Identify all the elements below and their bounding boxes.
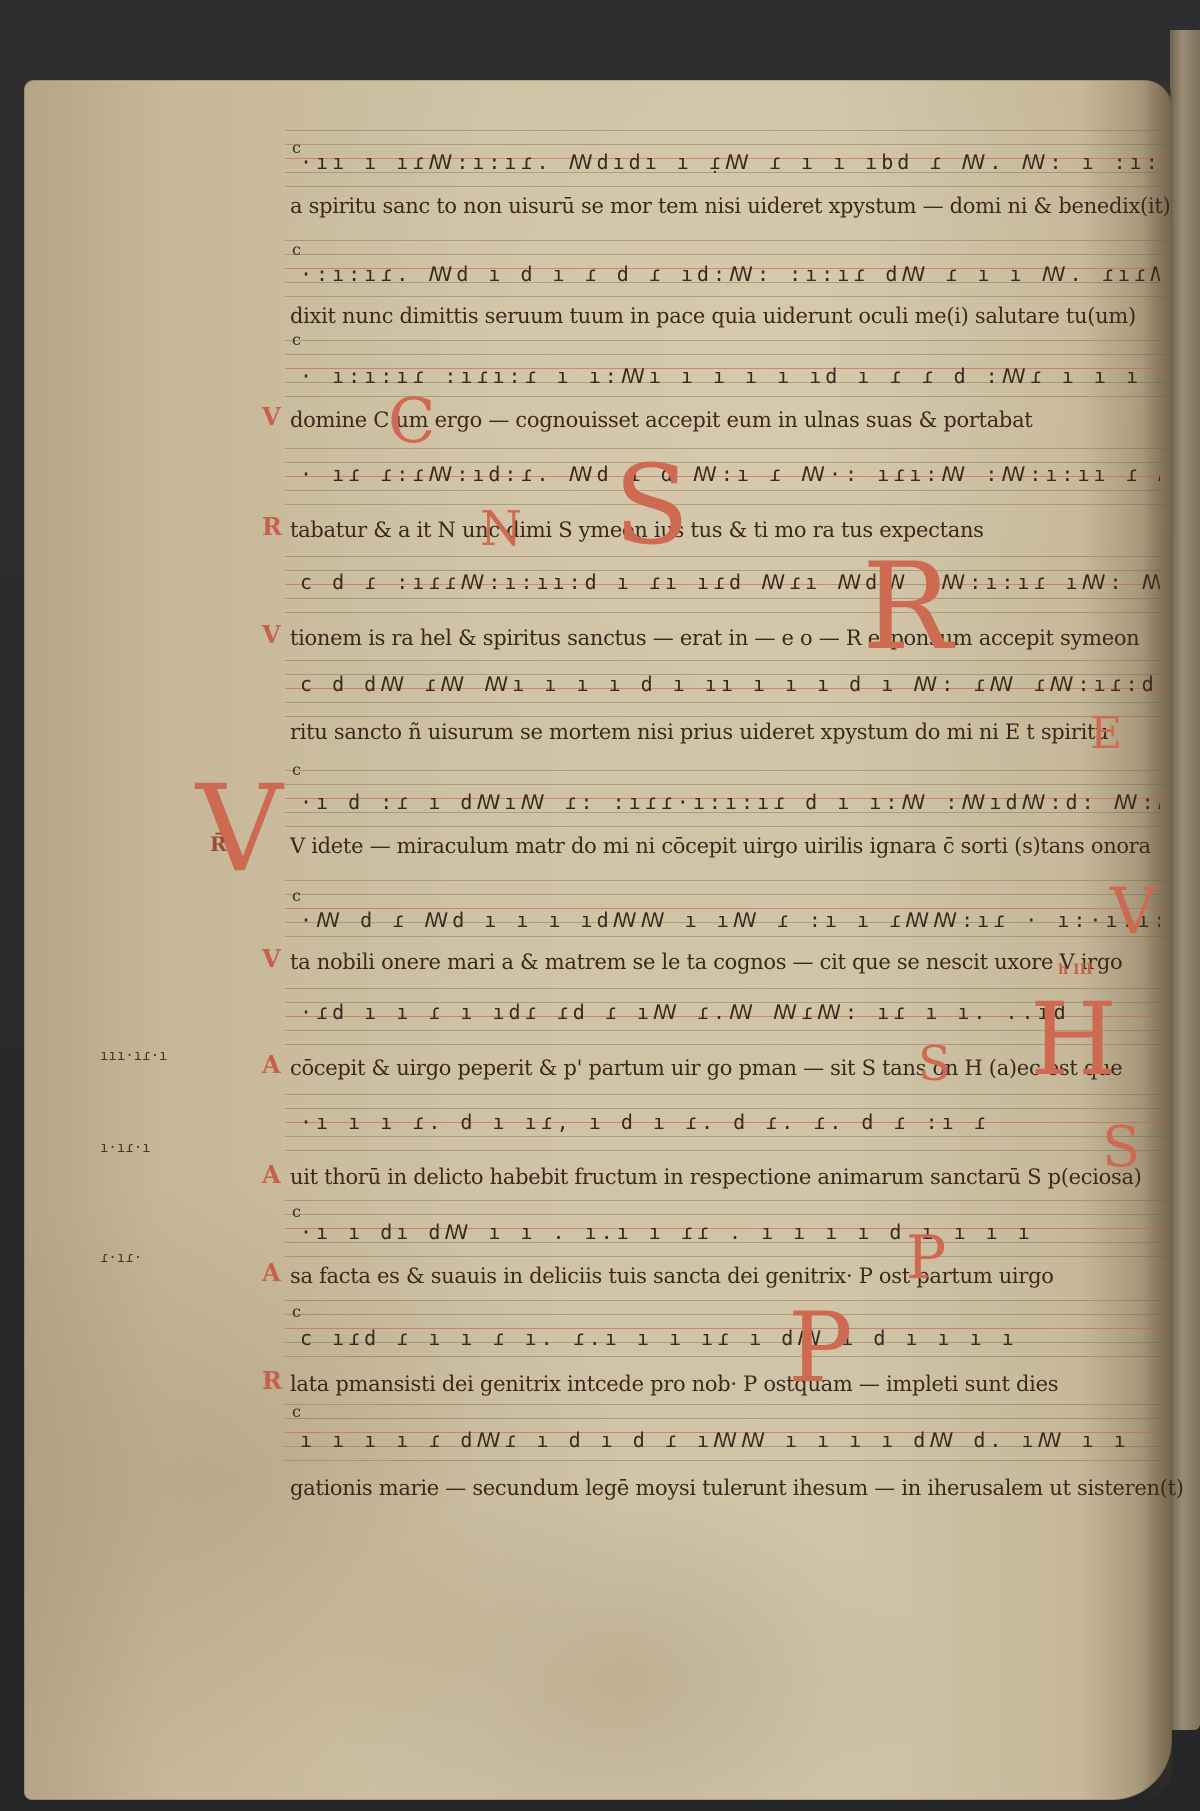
neume-line-2: ·:ı:ıɾ. ꟿd ı d ı ɾ d ɾ ıd:ꟿ: :ı:ıɾ dꟿ ɾ … (300, 262, 1160, 286)
initial-P-1: P (906, 1228, 946, 1288)
rubric-responsorium: R (262, 1366, 282, 1395)
initial-S: S (614, 450, 689, 560)
text-line-7: V idete — miraculum matr do mi ni cōcepi… (290, 834, 1151, 858)
initial-C: C (388, 390, 435, 452)
initial-R-large: R (862, 548, 952, 668)
ruling-line (285, 1150, 1165, 1151)
ruling-line (285, 660, 1165, 661)
ruling-line (285, 144, 1165, 145)
ruling-line (285, 254, 1165, 255)
ruling-line (285, 490, 1165, 491)
initial-V-right: V (1110, 880, 1156, 944)
ruling-line (285, 186, 1165, 187)
ruling-line (285, 1314, 1165, 1315)
rubric-antiphona: A (262, 1258, 281, 1287)
rubric-antiphona: A (262, 1160, 281, 1189)
rubric-responsorium: R (262, 512, 282, 541)
ruling-line (285, 1136, 1165, 1137)
initial-P-2: P (788, 1300, 853, 1396)
margin-note-1: ııı·ıɾ·ı (100, 1048, 167, 1064)
initial-S-stans: S (918, 1040, 951, 1088)
ruling-line (285, 1256, 1165, 1257)
ruling-line (285, 1200, 1165, 1201)
neume-line-6: c d dꟿ ɾꟿ ꟿı ı ı ı d ı ıı ı ı ı d ı ꟿ: ɾ… (300, 672, 1160, 696)
ruling-line (285, 130, 1165, 131)
margin-note-2: ı·ıɾ·ı (100, 1140, 151, 1156)
ruling-line (285, 770, 1165, 771)
neume-line-4: · ıɾ ɾ:ɾꟿ:ıd:ɾ. ꟿd ı d ꟿ:ı ɾ ꟿ·: ıɾı:ꟿ :… (300, 462, 1160, 486)
adjacent-leaf-edge (1170, 30, 1200, 1730)
clef-mark: c (292, 886, 301, 905)
ruling-line (285, 1356, 1165, 1357)
clef-mark: c (292, 330, 301, 349)
initial-H: H (1030, 990, 1117, 1090)
ruling-line (285, 1460, 1165, 1461)
neume-line-11: ·ı ı dı dꟿ ı ı . ı.ı ı ɾɾ . ı ı ı ı d ı … (300, 1220, 1160, 1244)
text-line-13: gationis marie — secundum legē moysi tul… (290, 1476, 1184, 1500)
ruling-line (285, 1404, 1165, 1405)
ruling-line (285, 1300, 1165, 1301)
rubric-label: h III (1058, 962, 1093, 978)
initial-V-large: V (196, 770, 283, 890)
clef-mark: c (292, 1402, 301, 1421)
text-line-6: ritu sancto ñ uisurum se mortem nisi pri… (290, 720, 1108, 744)
ruling-line (285, 598, 1165, 599)
margin-note-3: ɾ·ıɾ· (100, 1250, 142, 1266)
rubric-versus: V (262, 620, 281, 649)
neume-line-8: ·ꟿ d ɾ ꟿd ı ı ı ıdꟿꟿ ı ıꟿ ɾ :ı ı ɾꟿꟿ:ıɾ … (300, 908, 1160, 932)
neume-line-1: ·ıı ı ıɾꟿ:ı:ıɾ. ꟿdıdı ı ɾ̣ꟿ ɾ ı ı ıbd ɾ … (300, 150, 1160, 174)
text-line-8: ta nobili onere mari a & matrem se le ta… (290, 950, 1122, 974)
ruling-line (285, 612, 1165, 613)
rubric-versus: V (262, 402, 281, 431)
ruling-line (285, 936, 1165, 937)
clef-mark: c (292, 240, 301, 259)
neume-line-5: c d ɾ :ıɾɾꟿ:ı:ıı:d ı ɾı ıɾd ꟿɾı ꟿdꟿ :ꟿ:ı… (300, 570, 1160, 594)
text-line-2: dixit nunc dimittis seruum tuum in pace … (290, 304, 1136, 328)
ruling-line (285, 784, 1165, 785)
ruling-line (285, 826, 1165, 827)
text-line-12: lata pmansisti dei genitrix intcede pro … (290, 1372, 1058, 1396)
manuscript-page (24, 80, 1172, 1800)
ruling-line (285, 296, 1165, 297)
text-line-1: a spiritu sanc to non uisurū se mor tem … (290, 194, 1170, 218)
ruling-line (285, 1214, 1165, 1215)
text-line-9: cōcepit & uirgo peperit & p' partum uir … (290, 1056, 1122, 1080)
clef-mark: c (292, 1302, 301, 1321)
initial-N: N (480, 505, 522, 553)
ruling-line (285, 504, 1165, 505)
ruling-line (285, 354, 1165, 355)
ruling-line (285, 556, 1165, 557)
clef-mark: c (292, 760, 301, 779)
ruling-line (285, 880, 1165, 881)
ruling-line (285, 1108, 1165, 1109)
ruling-line (285, 1418, 1165, 1419)
neume-line-13: ı ı ı ı ɾ dꟿɾ ı d ı d ɾ ıꟿꟿ ı ı ı ı dꟿ d… (300, 1428, 1160, 1452)
ruling-line (285, 716, 1165, 717)
neume-line-7: ·ı d :ɾ ı dꟿıꟿ ɾ: :ıɾɾ·ı:ı:ıɾ d ı ı:ꟿ :ꟿ… (300, 790, 1160, 814)
rubric-antiphona: A (262, 1050, 281, 1079)
initial-S-speciosa: S (1102, 1120, 1140, 1176)
ruling-line (285, 340, 1165, 341)
neume-line-10: ·ı ı ı ɾ. d ı ıɾ, ı d ı ɾ. d ɾ. ɾ. d ɾ :… (300, 1110, 1160, 1134)
ruling-line (285, 240, 1165, 241)
neume-line-12: c ıɾd ɾ ı ı ɾ ı. ɾ.ı ı ı ıɾ ı dꟿ ı d ı ı… (300, 1326, 1160, 1350)
rubric-versus: V (262, 944, 281, 973)
rubric-R-small: R̄ (210, 832, 227, 856)
text-line-5: tionem is ra hel & spiritus sanctus — er… (290, 626, 1139, 650)
ruling-line (285, 894, 1165, 895)
clef-mark: c (292, 1202, 301, 1221)
text-line-10: uit thorū in delicto habebit fructum in … (290, 1165, 1142, 1189)
ruling-line (285, 702, 1165, 703)
initial-E: E (1090, 712, 1122, 756)
